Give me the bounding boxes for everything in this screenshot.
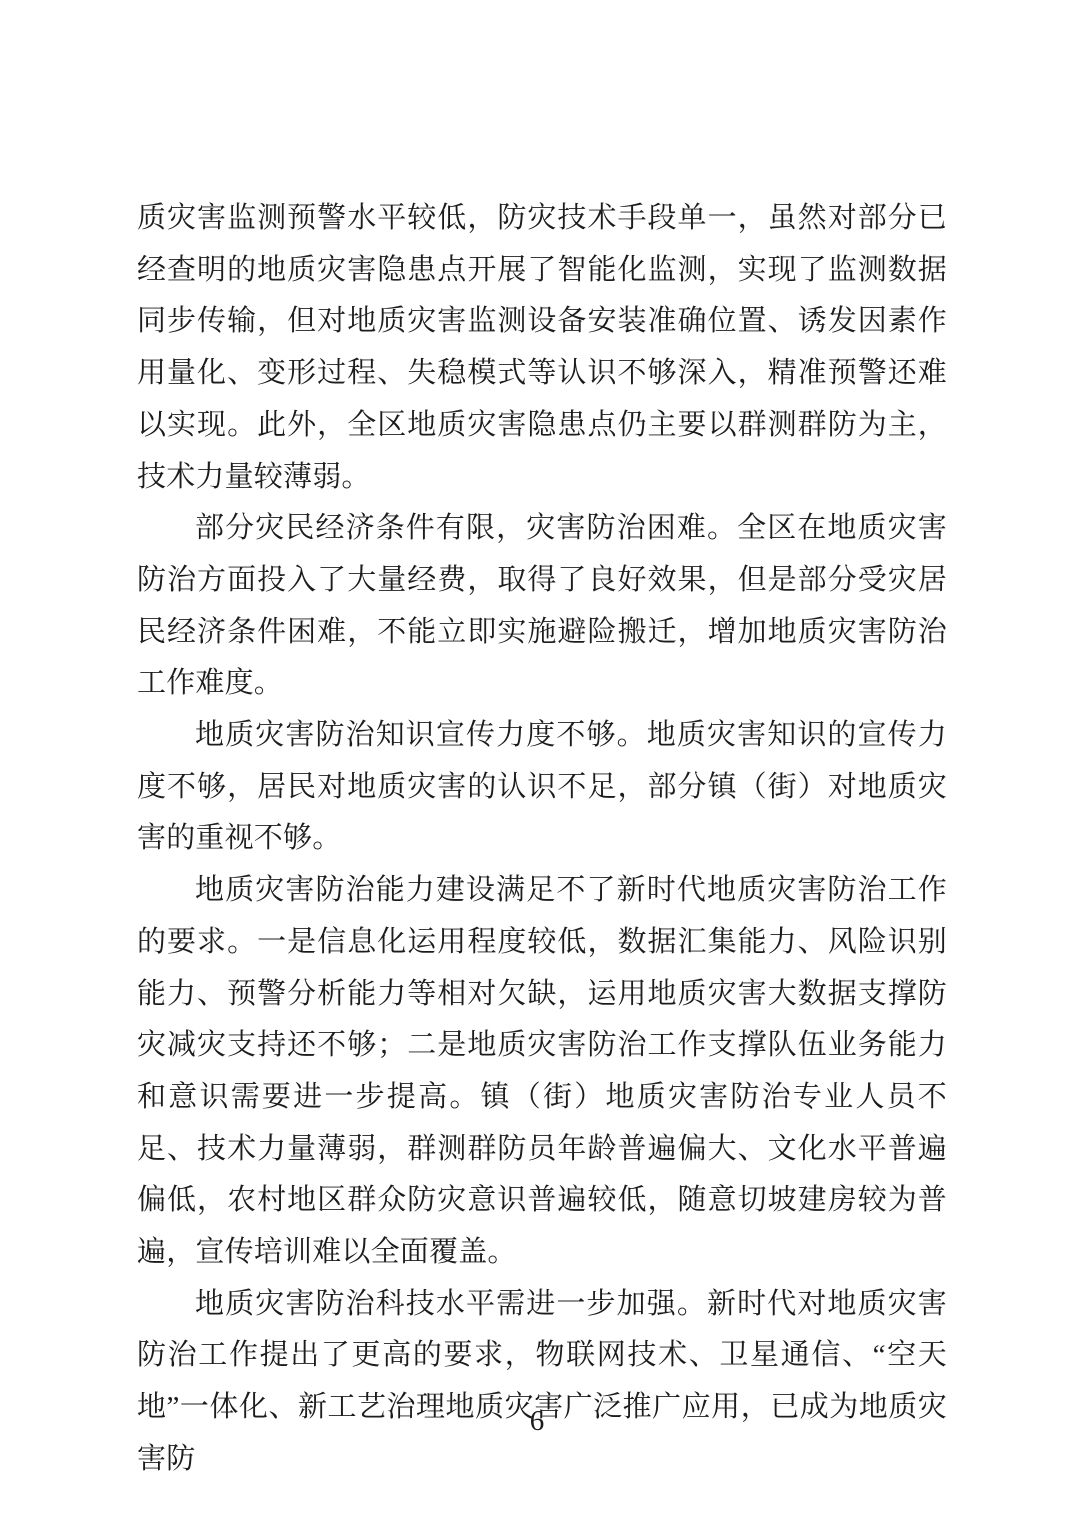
document-text-body: 质灾害监测预警水平较低，防灾技术手段单一，虽然对部分已经查明的地质灾害隐患点开展… bbox=[137, 193, 947, 1486]
paragraph-science-technology-level: 地质灾害防治科技水平需进一步加强。新时代对地质灾害防治工作提出了更高的要求，物联… bbox=[137, 1279, 947, 1486]
page-number: 6 bbox=[530, 1405, 545, 1437]
paragraph-capacity-building: 地质灾害防治能力建设满足不了新时代地质灾害防治工作的要求。一是信息化运用程度较低… bbox=[137, 865, 947, 1279]
page-background: 质灾害监测预警水平较低，防灾技术手段单一，虽然对部分已经查明的地质灾害隐患点开展… bbox=[0, 0, 1074, 1520]
document-page: { "page": { "number": "6" }, "document":… bbox=[0, 0, 1074, 1520]
paragraph-victim-economic-conditions: 部分灾民经济条件有限，灾害防治困难。全区在地质灾害防治方面投入了大量经费，取得了… bbox=[137, 503, 947, 710]
paragraph-publicity-insufficient: 地质灾害防治知识宣传力度不够。地质灾害知识的宣传力度不够，居民对地质灾害的认识不… bbox=[137, 710, 947, 865]
paragraph-monitoring-warning-level: 质灾害监测预警水平较低，防灾技术手段单一，虽然对部分已经查明的地质灾害隐患点开展… bbox=[137, 193, 947, 503]
page-footer: 6 bbox=[0, 1402, 1074, 1440]
